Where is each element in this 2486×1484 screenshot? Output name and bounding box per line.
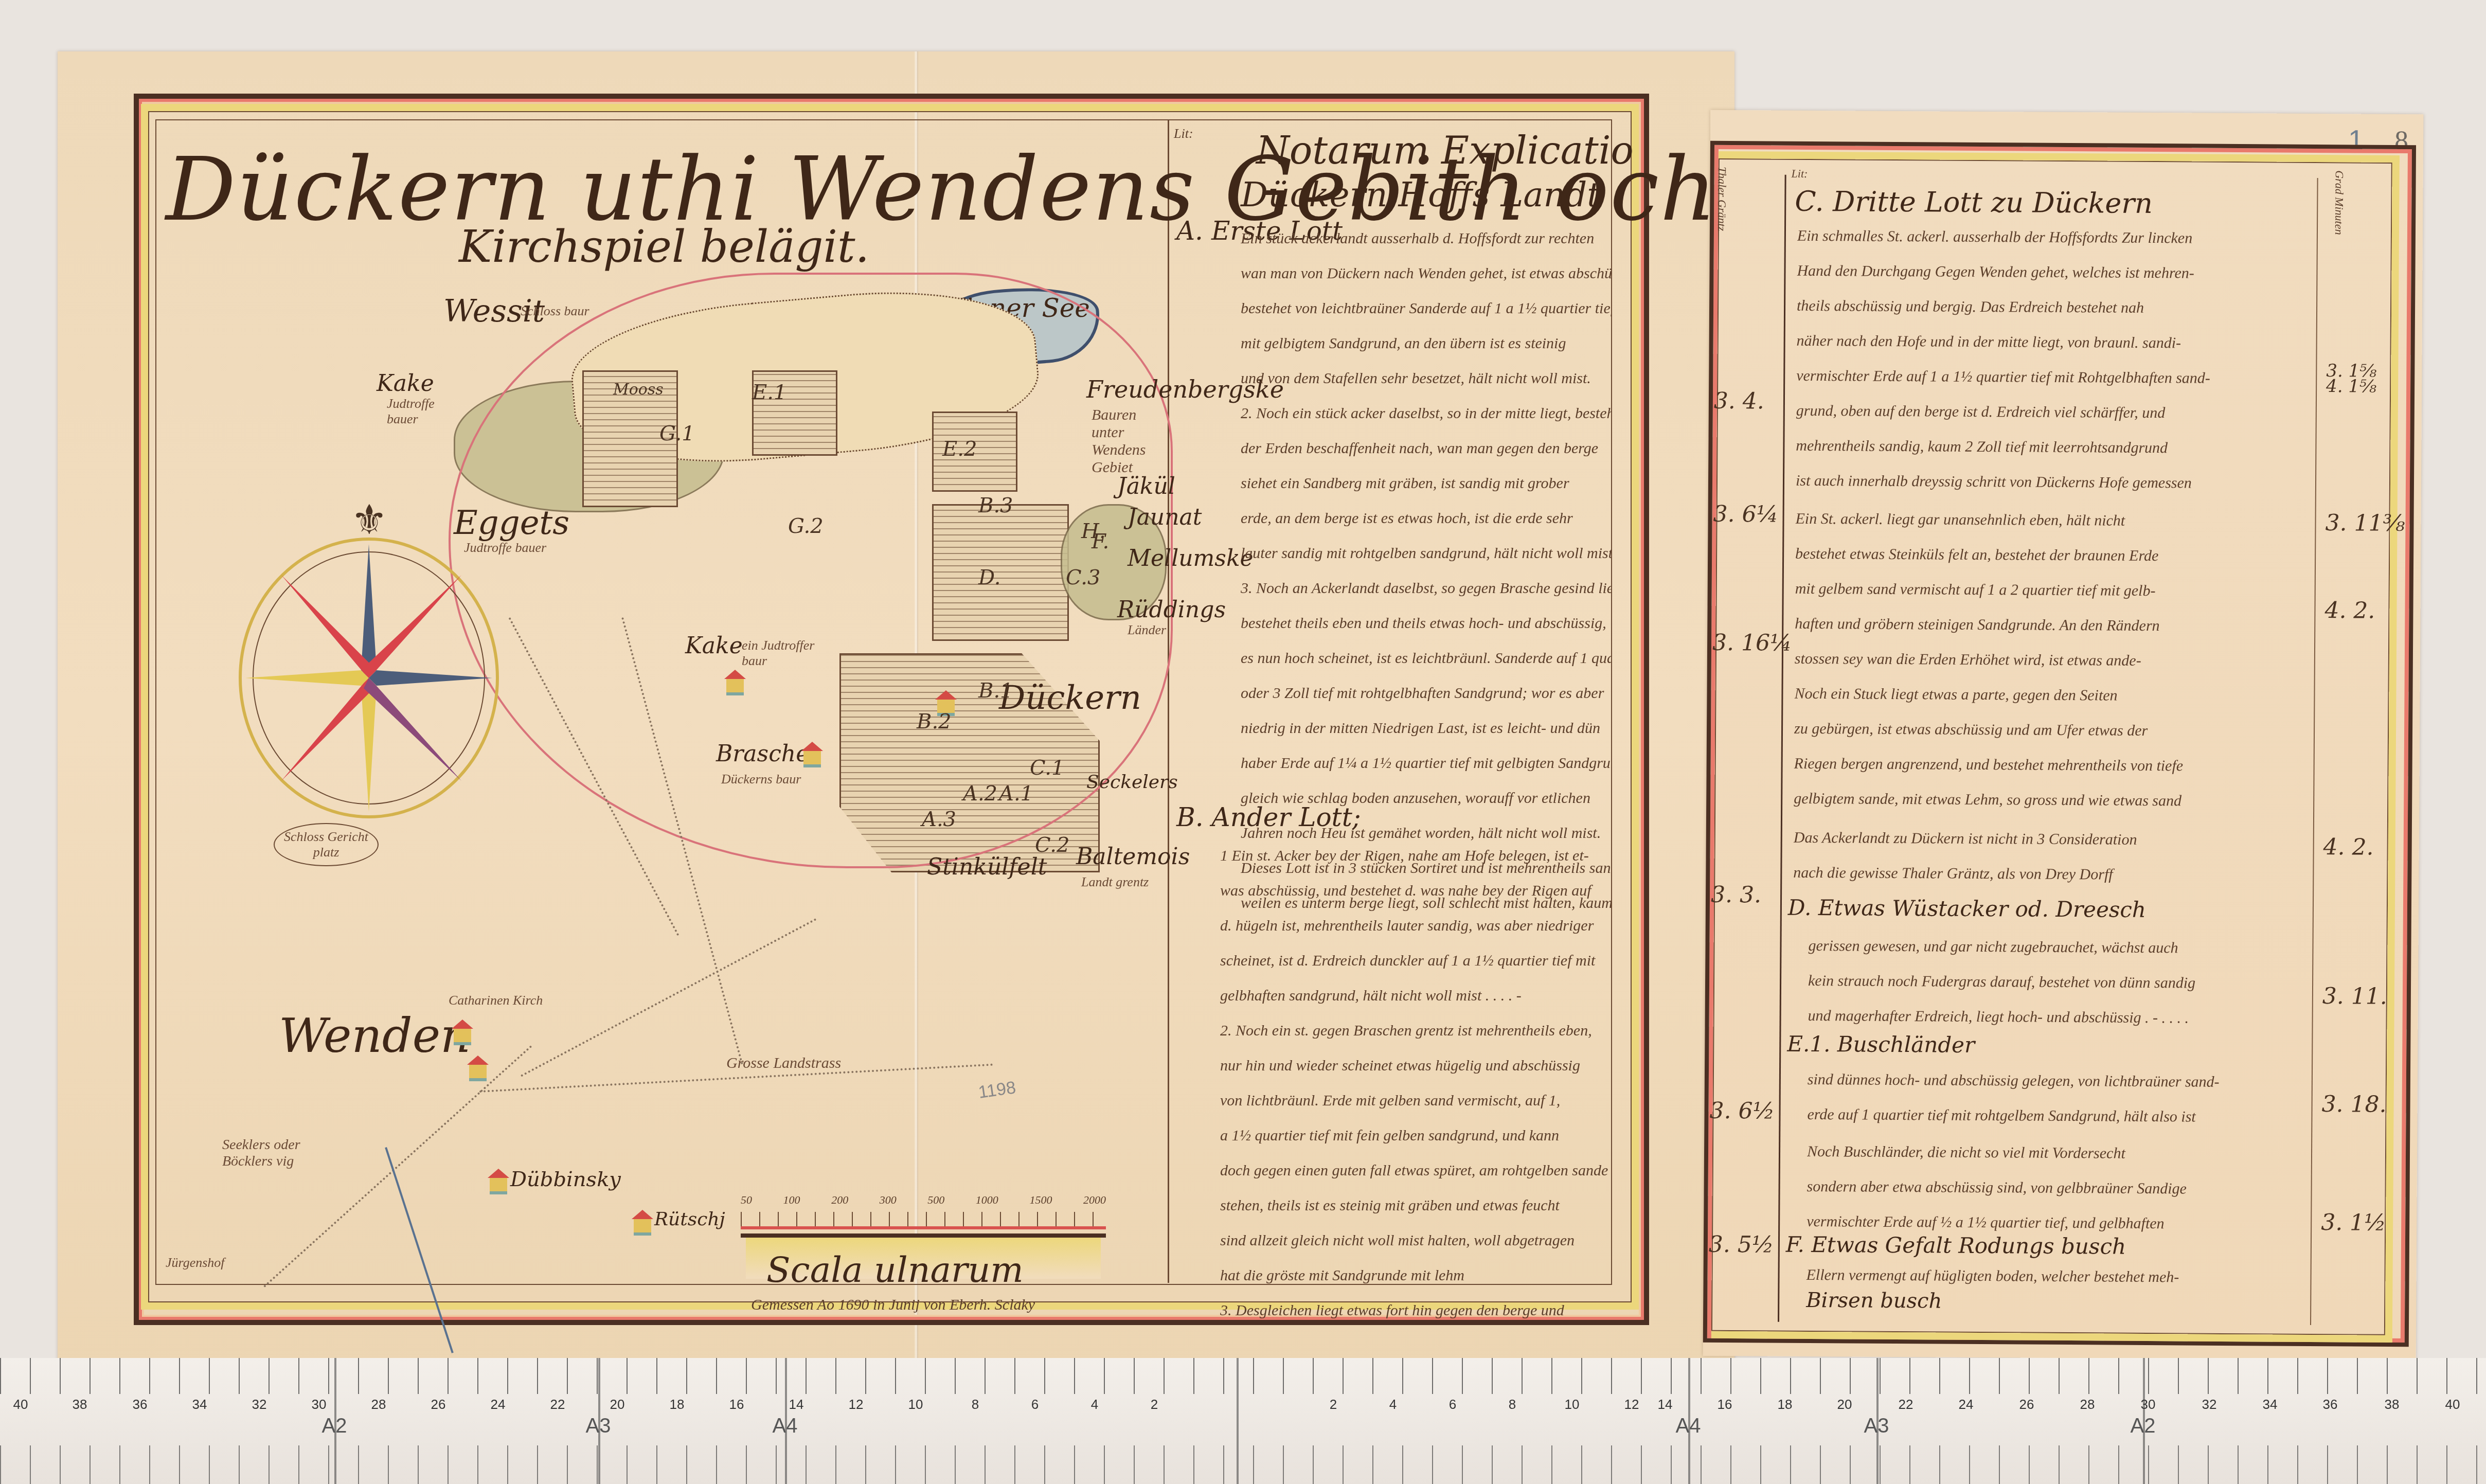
- margin-value: 3. 11.: [2322, 983, 2387, 1010]
- ruler-number: 22: [1899, 1397, 1913, 1413]
- paper-size-label: A2: [2131, 1415, 2156, 1438]
- ruler-number: 12: [1624, 1397, 1639, 1413]
- ruler-ticks-top: [0, 1358, 2486, 1394]
- paper-size-label: A4: [1676, 1415, 1701, 1438]
- parcel-label: C.1: [1030, 756, 1064, 780]
- paper-size-label: A3: [1864, 1415, 1889, 1438]
- explanation-heading: Notarum Explicatio: [1256, 129, 1634, 173]
- ruler-number: 18: [670, 1397, 685, 1413]
- place-note: Bauren unter Wendens Gebiet: [1092, 406, 1169, 476]
- column-header-left: Thaler Gräntz: [1715, 167, 1729, 231]
- scale-bar: 50 100 200 300 500 1000 1500 2000 Scala …: [741, 1193, 1106, 1348]
- place-label-seckelers: Seckelers: [1086, 772, 1178, 793]
- text-line: 3. Desgleichen liegt etwas fort hin gege…: [1220, 1293, 1616, 1328]
- church-icon: [469, 1065, 487, 1081]
- farmhouse-icon: [490, 1178, 507, 1194]
- scale-bar-red: [741, 1226, 1106, 1229]
- place-label-brasche: Brasche: [716, 741, 809, 767]
- scale-tick: 300: [880, 1193, 897, 1207]
- place-label-seeklers: Seeklers oder Böcklers vig: [222, 1137, 341, 1170]
- ruler-number: 26: [2019, 1397, 2034, 1413]
- explanation-subheading: Dückern Hoffs Landt: [1241, 175, 1601, 214]
- parcel-label: A.3: [922, 808, 956, 831]
- text-line: grund, oben auf den berge ist d. Erdreic…: [1796, 394, 2311, 432]
- ruler-number: 10: [1565, 1397, 1580, 1413]
- parcel-label: C.3: [1066, 566, 1100, 589]
- paper-size-label: A2: [322, 1415, 347, 1438]
- ruler-number: 36: [2323, 1397, 2338, 1413]
- svg-text:⚜: ⚜: [351, 496, 388, 544]
- ruler-number: 24: [1959, 1397, 1974, 1413]
- text-line: sind dünnes hoch- und abschüssig gelegen…: [1808, 1062, 2306, 1100]
- margin-value: 3. 1½: [2321, 1209, 2386, 1236]
- parcel-label: A.1: [999, 782, 1033, 806]
- ruler-number: 16: [729, 1397, 744, 1413]
- text-line: haften und gröbern steinigen Sandgrunde.…: [1795, 606, 2309, 645]
- scale-graduations: [741, 1212, 1106, 1226]
- margin-value: 3. 3.: [1711, 882, 1761, 908]
- section-e1-text: sind dünnes hoch- und abschüssig gelegen…: [1807, 1062, 2306, 1135]
- scale-tick: 1000: [976, 1193, 998, 1207]
- margin-value: 4. 2.: [2324, 597, 2375, 624]
- ruler-number: 38: [73, 1397, 87, 1413]
- place-label-duckern: Dückern: [999, 679, 1141, 717]
- text-line: mit gelbigtem Sandgrund, an den übern is…: [1241, 326, 1611, 361]
- panel-divider: [1168, 119, 1169, 1283]
- text-line: theils abschüssig und bergig. Das Erdrei…: [1797, 289, 2311, 327]
- place-note: Länder: [1128, 622, 1166, 638]
- section-b-text: 1 Ein st. Acker bey der Rigen, nahe am H…: [1220, 838, 1616, 1328]
- text-line: ist auch innerhalb dreyssig schritt von …: [1796, 463, 2310, 502]
- place-label-eggets: Eggets: [454, 504, 569, 542]
- text-line: kein strauch noch Fudergras darauf, best…: [1808, 963, 2307, 1002]
- description-page: 1 8 Thaler Gräntz Lit: Grad Minuten C. D…: [1703, 110, 2424, 1360]
- margin-value: 3. 4.: [1714, 388, 1764, 415]
- parcel-label: A.2: [963, 782, 997, 806]
- text-line: 2. Noch ein stück acker daselbst, so in …: [1241, 396, 1611, 431]
- text-line: stossen sey wan die Erden Erhöhet wird, …: [1795, 641, 2309, 680]
- ruler-number: 6: [1449, 1397, 1456, 1413]
- ruler-number: 40: [13, 1397, 28, 1413]
- place-note: Schloss baur: [521, 303, 589, 319]
- place-label-jakul: Jäkül: [1117, 473, 1175, 499]
- page-heading: C. Dritte Lott zu Dückern: [1795, 185, 2153, 220]
- place-label-catharinen-kirch: Catharinen Kirch: [449, 993, 543, 1008]
- ruler-number: 18: [1778, 1397, 1793, 1413]
- place-note: Judtroffe bauer: [387, 396, 469, 427]
- text-line: gelbigtem sande, mit etwas Lehm, so gros…: [1794, 781, 2308, 819]
- place-label-rutschj: Rütschj: [654, 1209, 725, 1230]
- text-line: Noch Buschländer, die nicht so viel mit …: [1807, 1134, 2306, 1172]
- church-icon: [454, 1029, 471, 1045]
- ruler-number: 4: [1091, 1397, 1098, 1413]
- section-label-birsen: Birsen busch: [1806, 1289, 1942, 1313]
- margin-value: 3. 6½: [1709, 1098, 1775, 1124]
- place-label-jaunat: Jaunat: [1128, 504, 1202, 530]
- text-line: wan man von Dückern nach Wenden gehet, i…: [1241, 256, 1611, 291]
- text-line: Ein St. ackerl. liegt gar unansehnlich e…: [1795, 502, 2310, 540]
- text-line: sondern aber etwa abschüssig sind, von g…: [1807, 1169, 2305, 1207]
- compass-rose-icon: ⚜: [235, 493, 503, 822]
- map-title-line2: Kirchspiel belägit.: [459, 221, 869, 273]
- text-line: mit gelbem sand vermischt auf 1 a 2 quar…: [1795, 571, 2310, 610]
- ruler-number: 36: [133, 1397, 148, 1413]
- text-line: 3. Noch an Ackerlandt daselbst, so gegen…: [1241, 571, 1611, 606]
- section-c3-text: Noch ein Stuck liegt etwas a parte, gege…: [1794, 676, 2309, 819]
- parcel-label: Mooss: [613, 381, 664, 399]
- scale-tick: 200: [831, 1193, 848, 1207]
- section-label-e1: E.1. Buschländer: [1787, 1031, 1975, 1058]
- ruler-number: 32: [2202, 1397, 2217, 1413]
- section-d-text: gerissen gewesen, und gar nicht zugebrau…: [1808, 928, 2307, 1036]
- scale-tick: 50: [741, 1193, 752, 1207]
- text-line: Riegen bergen angrenzend, und bestehet m…: [1794, 746, 2308, 784]
- ruler-number: 14: [789, 1397, 804, 1413]
- text-line: oder 3 Zoll tief mit rohtgelbhaften Sand…: [1241, 676, 1611, 711]
- section-label-f: F. Etwas Gefalt Rodungs busch: [1786, 1232, 2126, 1259]
- ruler-number: 8: [1509, 1397, 1516, 1413]
- note-text: Das Ackerlandt zu Dückern ist nicht in 3…: [1793, 820, 2308, 893]
- ruler-number: 38: [2385, 1397, 2400, 1413]
- text-line: stehen, theils ist es steinig mit gräben…: [1220, 1188, 1616, 1223]
- surveyor-signature: Gemessen Ao 1690 in Junij von Eberh. Scl…: [751, 1296, 1035, 1314]
- parcel-label: B.3: [978, 494, 1013, 517]
- place-label-kake: Kake: [377, 370, 434, 397]
- paper-size-label: A3: [586, 1415, 611, 1438]
- parcel-label: E.2: [942, 437, 977, 461]
- text-line: Noch ein Stuck liegt etwas a parte, gege…: [1794, 676, 2309, 714]
- text-line: näher nach den Hofe und in der mitte lie…: [1796, 324, 2311, 362]
- lit-label: Lit:: [1792, 167, 1808, 181]
- place-note: Dückerns baur: [721, 772, 801, 787]
- ruler-number: 10: [908, 1397, 923, 1413]
- ruler-number: 34: [192, 1397, 207, 1413]
- text-line: der Erden beschaffenheit nach, wan man g…: [1241, 431, 1611, 466]
- column-header-right: Grad Minuten: [2332, 170, 2346, 235]
- farmhouse-icon: [803, 751, 821, 767]
- text-line: bestehet theils eben und theils etwas ho…: [1241, 606, 1611, 641]
- place-note: ein Judtroffer baur: [742, 638, 824, 669]
- ruler-number: 34: [2263, 1397, 2278, 1413]
- text-line: was abschüssig, und bestehet d. was nahe…: [1220, 873, 1616, 908]
- text-line: Das Ackerlandt zu Dückern ist nicht in 3…: [1794, 820, 2308, 859]
- text-line: es nun hoch scheinet, ist es leichtbräun…: [1241, 641, 1611, 676]
- parcel-label: B.1: [978, 679, 1013, 703]
- text-line: haber Erde auf 1¼ a 1½ quartier tief mit…: [1241, 746, 1611, 781]
- text-line: gerissen gewesen, und gar nicht zugebrau…: [1808, 928, 2307, 967]
- ruler-number: 20: [610, 1397, 625, 1413]
- text-line: von lichtbräunl. Erde mit gelben sand ve…: [1220, 1083, 1616, 1118]
- text-line: siehet ein Sandberg mit gräben, ist sand…: [1241, 466, 1611, 501]
- parcel-label: C.2: [1035, 833, 1069, 857]
- scale-bar-dark: [741, 1233, 1106, 1238]
- ruler-number: 22: [550, 1397, 565, 1413]
- text-line: a 1½ quartier tief mit fein gelben sandg…: [1220, 1118, 1616, 1153]
- place-label-ruddings: Rüddings: [1117, 597, 1226, 623]
- parcel-label: E.1: [752, 381, 786, 404]
- section-label-b: B. Ander Lott;: [1176, 802, 1361, 832]
- margin-value: 3. 16¼: [1712, 630, 1792, 656]
- margin-value: 3. 18.: [2321, 1091, 2386, 1118]
- ruler-number: 28: [2080, 1397, 2095, 1413]
- text-line: lauter sandig mit rohtgelben sandgrund, …: [1241, 536, 1611, 571]
- parcel-label: D.: [978, 566, 1000, 589]
- place-label-gericht-platz: Schloss Gericht platz: [274, 823, 379, 866]
- ruler-number: 8: [972, 1397, 979, 1413]
- ruler-number: 2: [1330, 1397, 1337, 1413]
- text-line: nur hin und wieder scheinet etwas hügeli…: [1220, 1048, 1616, 1083]
- section-e2-text: Noch Buschländer, die nicht so viel mit …: [1807, 1134, 2306, 1242]
- margin-value: 3. 6¼: [1713, 501, 1778, 528]
- scale-ticks: 50 100 200 300 500 1000 1500 2000: [741, 1193, 1106, 1207]
- place-label-jurgenshof: Jürgenshof: [166, 1255, 225, 1271]
- place-note: Landt grentz: [1081, 874, 1149, 890]
- text-line: und magerhafter Erdreich, liegt hoch- un…: [1808, 998, 2306, 1036]
- scale-tick: 100: [783, 1193, 800, 1207]
- place-label-dubbinsky: Dübbinsky: [510, 1168, 621, 1191]
- farmhouse-icon: [726, 679, 744, 695]
- place-label-stinkulfelt: Stinkülfelt: [927, 854, 1047, 880]
- place-label-baltemois: Baltemois: [1076, 844, 1190, 870]
- place-note: Judtroffe bauer: [464, 540, 546, 556]
- section-c1-text: Ein schmalles St. ackerl. ausserhalb der…: [1796, 219, 2312, 502]
- ruler-number: 28: [371, 1397, 386, 1413]
- text-line: 1 Ein st. Acker bey der Rigen, nahe am H…: [1220, 838, 1616, 873]
- ruler-number: 32: [252, 1397, 267, 1413]
- text-line: doch gegen einen guten fall etwas spüret…: [1220, 1153, 1616, 1188]
- ruler-number: 4: [1389, 1397, 1397, 1413]
- margin-value: 4. 2.: [2323, 834, 2374, 861]
- ruler-number: 20: [1837, 1397, 1852, 1413]
- ruler-number: 16: [1718, 1397, 1732, 1413]
- text-line: zu gebürgen, ist etwas abschüssig und am…: [1794, 711, 2309, 749]
- place-label-kake-2: Kake: [685, 633, 743, 659]
- parcel-label: G.2: [788, 514, 824, 538]
- farmhouse-icon: [634, 1219, 651, 1236]
- text-line: 2. Noch ein st. gegen Braschen grentz is…: [1220, 1013, 1616, 1048]
- ruler-ticks-bottom: [0, 1445, 2486, 1484]
- parcel-label: B.2: [917, 710, 952, 734]
- text-line: und von dem Stafellen sehr besetzet, häl…: [1241, 361, 1611, 396]
- lit-label: Lit:: [1174, 126, 1193, 141]
- text-line: bestehet von leichtbraüner Sanderde auf …: [1241, 291, 1611, 326]
- parcel-label: G.1: [659, 422, 695, 445]
- place-label-wenden: Wenden: [279, 1008, 471, 1063]
- text-line: nach die gewisse Thaler Gräntz, als von …: [1793, 855, 2308, 893]
- section-c2-text: Ein St. ackerl. liegt gar unansehnlich e…: [1795, 502, 2310, 680]
- place-label-mellumske: Mellumske: [1128, 545, 1254, 571]
- text-line: gelbhaften sandgrund, hält nicht woll mi…: [1220, 978, 1616, 1013]
- text-line: niedrig in der mitten Niedrigen Last, is…: [1241, 711, 1611, 746]
- text-line: Ein schmalles St. ackerl. ausserhalb der…: [1797, 219, 2312, 257]
- ruler-number: 6: [1031, 1397, 1039, 1413]
- center-line: [1237, 1358, 1239, 1484]
- text-line: vermischter Erde auf 1 a 1½ quartier tie…: [1796, 359, 2311, 397]
- text-line: hat die gröste mit Sandgrunde mit lehm: [1220, 1258, 1616, 1293]
- section-label-d: D. Etwas Wüstacker od. Dreesch: [1788, 895, 2146, 922]
- ruler-number: 40: [2445, 1397, 2460, 1413]
- ruler-number: 24: [491, 1397, 506, 1413]
- place-label-grosse-landstrass: Grosse Landstrass: [726, 1054, 841, 1072]
- parcel-label: H.: [1081, 520, 1106, 543]
- text-line: sind allzeit gleich nicht woll mist halt…: [1220, 1223, 1616, 1258]
- text-line: erde auf 1 quartier tief mit rohtgelbem …: [1807, 1097, 2306, 1135]
- text-line: d. hügeln ist, mehrentheils lauter sandi…: [1220, 908, 1616, 943]
- ruler-number: 26: [431, 1397, 446, 1413]
- text-line: scheinet, ist d. Erdreich dunckler auf 1…: [1220, 943, 1616, 978]
- ruler-number: 12: [849, 1397, 864, 1413]
- text-line: Hand den Durchgang Gegen Wenden gehet, w…: [1797, 254, 2311, 292]
- ruler-number: 14: [1658, 1397, 1673, 1413]
- scale-tick: 500: [927, 1193, 944, 1207]
- scale-tick: 2000: [1083, 1193, 1106, 1207]
- ruler-number: 2: [1151, 1397, 1158, 1413]
- text-line: Ein stück ackerlandt ausserhalb d. Hoffs…: [1241, 221, 1611, 256]
- measuring-ruler: 40 38 36 34 32 30 28 26 24 22 20 18 16 1…: [0, 1358, 2486, 1484]
- margin-value: 4. 1⅝: [2326, 376, 2376, 397]
- text-line: bestehet etwas Steinküls felt an, besteh…: [1795, 537, 2310, 575]
- ruler-number: 30: [312, 1397, 327, 1413]
- map-sheet: Dückern uthi Wendens Gebith och Kirchspi…: [58, 51, 1734, 1379]
- margin-value: 3. 5½: [1709, 1231, 1774, 1258]
- scale-title: Scala ulnarum: [766, 1250, 1024, 1291]
- text-line: erde, an dem berge ist es etwas hoch, is…: [1241, 501, 1611, 536]
- margin-value: 3. 11⅜: [2325, 510, 2405, 537]
- scale-tick: 1500: [1029, 1193, 1052, 1207]
- text-line: mehrentheils sandig, kaum 2 Zoll tief mi…: [1796, 428, 2310, 467]
- paper-size-label: A4: [773, 1415, 798, 1438]
